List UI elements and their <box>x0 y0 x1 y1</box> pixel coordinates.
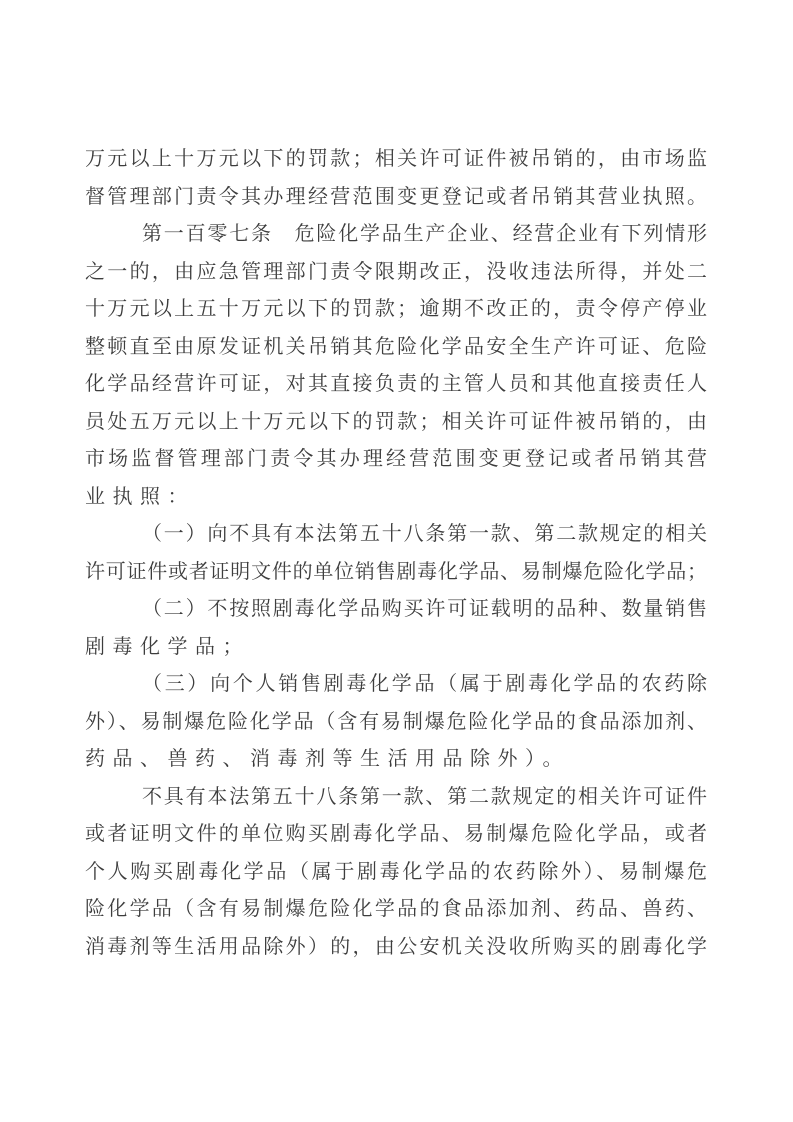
text-line: 员处五万元以上十万元以下的罚款；相关许可证件被吊销的，由 <box>85 404 707 442</box>
paragraph-article-107: 第一百零七条 危险化学品生产企业、经营企业有下列情形 之一的，由应急管理部门责令… <box>85 216 707 516</box>
text-line: （二）不按照剧毒化学品购买许可证载明的品种、数量销售 <box>85 591 707 629</box>
paragraph-item-2: （二）不按照剧毒化学品购买许可证载明的品种、数量销售 剧毒化学品； <box>85 591 707 666</box>
text-line: 许可证件或者证明文件的单位销售剧毒化学品、易制爆危险化学品； <box>85 554 707 592</box>
paragraph-continuation: 万元以上十万元以下的罚款；相关许可证件被吊销的，由市场监 督管理部门责令其办理经… <box>85 141 707 216</box>
text-line: 剧毒化学品； <box>85 629 707 667</box>
text-line: 化学品经营许可证，对其直接负责的主管人员和其他直接责任人 <box>85 366 707 404</box>
paragraph-item-3: （三）向个人销售剧毒化学品（属于剧毒化学品的农药除 外）、易制爆危险化学品（含有… <box>85 666 707 779</box>
text-line: 十万元以上五十万元以下的罚款；逾期不改正的，责令停产停业 <box>85 291 707 329</box>
text-line: 药品、兽药、消毒剂等生活用品除外）。 <box>85 741 707 779</box>
text-line: 督管理部门责令其办理经营范围变更登记或者吊销其营业执照。 <box>85 179 707 217</box>
text-line: 不具有本法第五十八条第一款、第二款规定的相关许可证件 <box>85 779 707 817</box>
paragraph-closing: 不具有本法第五十八条第一款、第二款规定的相关许可证件 或者证明文件的单位购买剧毒… <box>85 779 707 967</box>
text-line: 外）、易制爆危险化学品（含有易制爆危险化学品的食品添加剂、 <box>85 704 707 742</box>
document-text-block: 万元以上十万元以下的罚款；相关许可证件被吊销的，由市场监 督管理部门责令其办理经… <box>85 141 707 966</box>
text-line: 或者证明文件的单位购买剧毒化学品、易制爆危险化学品，或者 <box>85 816 707 854</box>
text-line: 市场监督管理部门责令其办理经营范围变更登记或者吊销其营 <box>85 441 707 479</box>
text-line: （一）向不具有本法第五十八条第一款、第二款规定的相关 <box>85 516 707 554</box>
text-line: 整顿直至由原发证机关吊销其危险化学品安全生产许可证、危险 <box>85 329 707 367</box>
text-line: 业执照： <box>85 479 707 517</box>
text-line: （三）向个人销售剧毒化学品（属于剧毒化学品的农药除 <box>85 666 707 704</box>
text-line: 万元以上十万元以下的罚款；相关许可证件被吊销的，由市场监 <box>85 141 707 179</box>
text-line: 第一百零七条 危险化学品生产企业、经营企业有下列情形 <box>85 216 707 254</box>
text-line: 险化学品（含有易制爆危险化学品的食品添加剂、药品、兽药、 <box>85 891 707 929</box>
text-line: 个人购买剧毒化学品（属于剧毒化学品的农药除外）、易制爆危 <box>85 854 707 892</box>
document-page: 万元以上十万元以下的罚款；相关许可证件被吊销的，由市场监 督管理部门责令其办理经… <box>0 0 793 1122</box>
paragraph-item-1: （一）向不具有本法第五十八条第一款、第二款规定的相关 许可证件或者证明文件的单位… <box>85 516 707 591</box>
text-line: 之一的，由应急管理部门责令限期改正，没收违法所得，并处二 <box>85 254 707 292</box>
text-line: 消毒剂等生活用品除外）的，由公安机关没收所购买的剧毒化学 <box>85 929 707 967</box>
